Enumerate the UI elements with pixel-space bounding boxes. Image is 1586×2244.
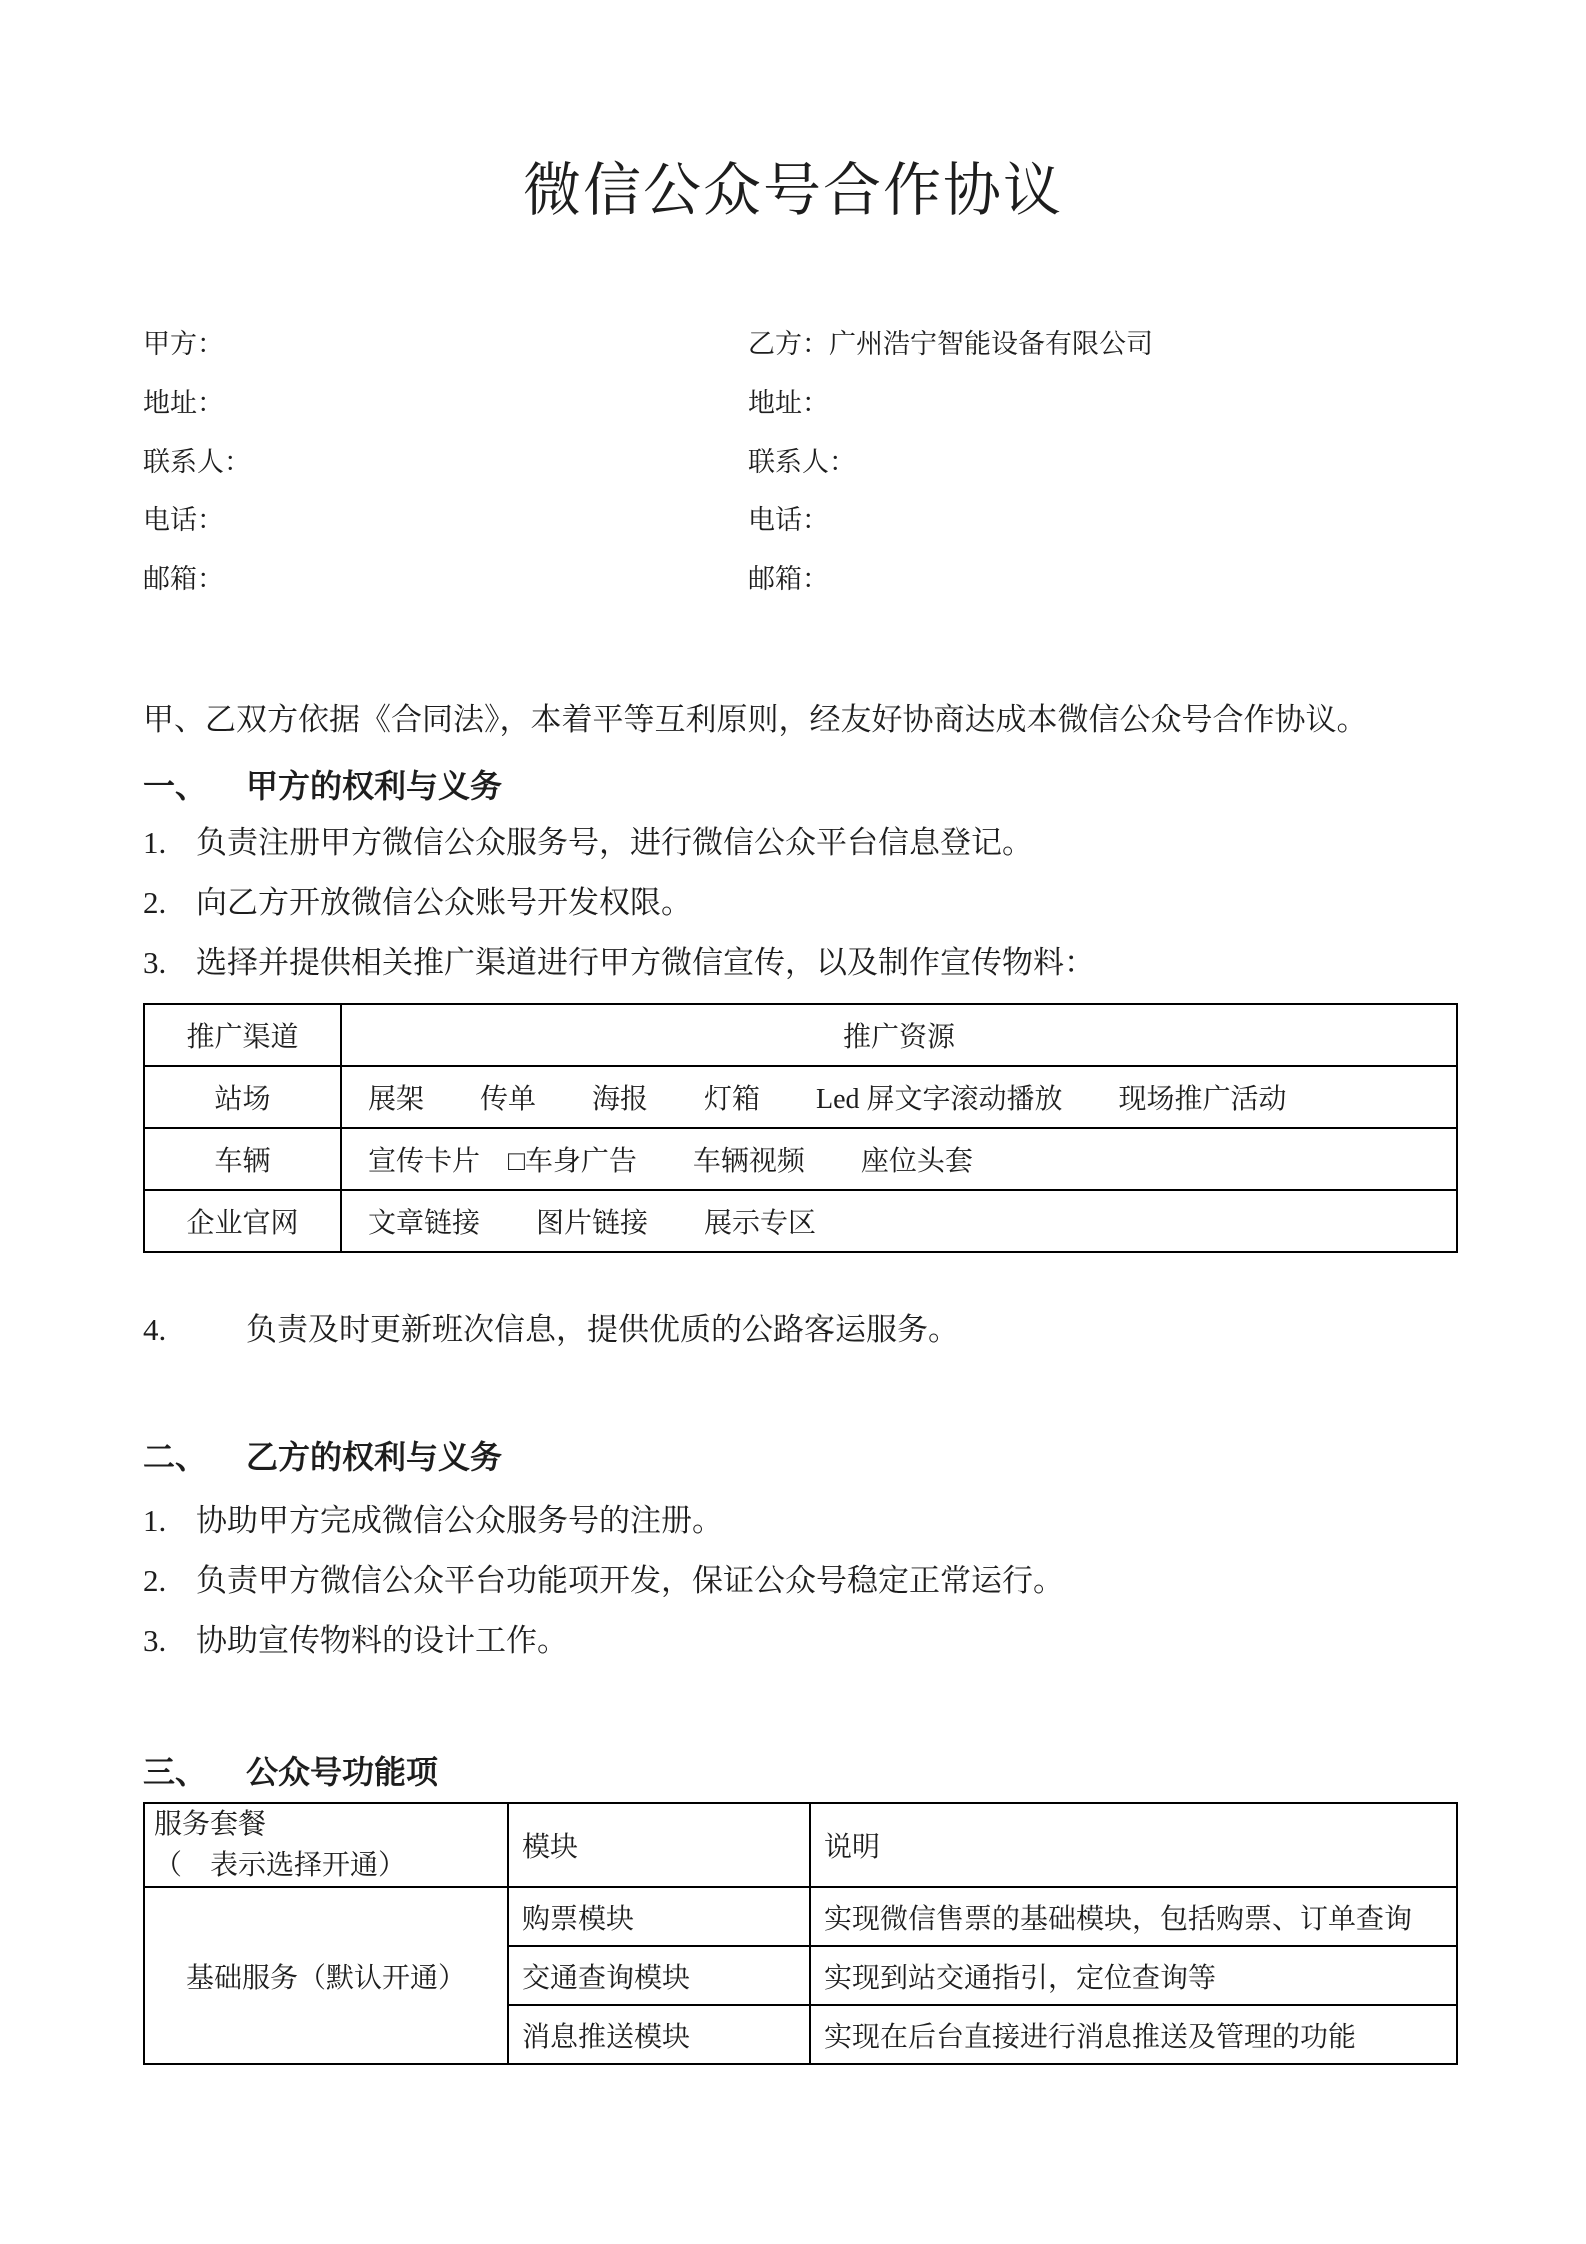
item-text: 向乙方开放微信公众账号开发权限。 — [196, 883, 692, 943]
promotion-channel-table: 推广渠道 推广资源 站场 展架 传单 海报 灯箱 Led 屏文字滚动播放 现场推… — [143, 1003, 1458, 1253]
cell-service-group: 基础服务（默认开通） — [144, 1887, 508, 2064]
list-item: 2. 负责甲方微信公众平台功能项开发，保证公众号稳定正常运行。 — [143, 1561, 1458, 1621]
party-b-address-label: 地址： — [748, 385, 1468, 444]
page-title: 微信公众号合作协议 — [0, 155, 1586, 227]
contract-document-page: 微信公众号合作协议 甲方： 地址： 联系人： 电话： 邮箱： 乙方：广州浩宁智能… — [0, 0, 1586, 2244]
party-a-email-label: 邮箱： — [143, 561, 763, 620]
cell-desc: 实现在后台直接进行消息推送及管理的功能 — [810, 2005, 1457, 2064]
intro-paragraph: 甲、乙双方依据《合同法》，本着平等互利原则，经友好协商达成本微信公众号合作协议。 — [143, 700, 1458, 740]
section-c-number: 三、 — [143, 1752, 246, 1792]
section-b-number: 二、 — [143, 1437, 246, 1477]
party-a-info: 甲方： 地址： 联系人： 电话： 邮箱： — [143, 326, 763, 620]
header-cell-resource: 推广资源 — [341, 1004, 1457, 1066]
item-text: 负责甲方微信公众平台功能项开发，保证公众号稳定正常运行。 — [196, 1561, 1064, 1621]
item-text: 选择并提供相关推广渠道进行甲方微信宣传，以及制作宣传物料： — [196, 943, 1095, 1003]
item-number: 3. — [143, 943, 196, 1003]
cell-module: 购票模块 — [508, 1887, 810, 1946]
section-a-number: 一、 — [143, 766, 246, 806]
package-header-line2: （ 表示选择开通） — [154, 1845, 507, 1886]
list-item: 2. 向乙方开放微信公众账号开发权限。 — [143, 883, 1458, 943]
cell-channel: 企业官网 — [144, 1190, 341, 1252]
item-text: 协助甲方完成微信公众服务号的注册。 — [196, 1501, 723, 1561]
header-cell-channel: 推广渠道 — [144, 1004, 341, 1066]
party-b-email-label: 邮箱： — [748, 561, 1468, 620]
cell-desc: 实现微信售票的基础模块，包括购票、订单查询 — [810, 1887, 1457, 1946]
party-b-name-value: 乙方：广州浩宁智能设备有限公司 — [748, 326, 1468, 385]
header-cell-module: 模块 — [508, 1803, 810, 1887]
party-a-phone-label: 电话： — [143, 502, 763, 561]
section-a-items: 1. 负责注册甲方微信公众服务号，进行微信公众平台信息登记。 2. 向乙方开放微… — [143, 823, 1458, 1003]
cell-resource: 文章链接 图片链接 展示专区 — [341, 1190, 1457, 1252]
cell-module: 消息推送模块 — [508, 2005, 810, 2064]
table-header-row: 推广渠道 推广资源 — [144, 1004, 1457, 1066]
table-header-row: 服务套餐 （ 表示选择开通） 模块 说明 — [144, 1803, 1457, 1887]
item-text: 负责及时更新班次信息，提供优质的公路客运服务。 — [246, 1310, 959, 1350]
cell-channel: 站场 — [144, 1066, 341, 1128]
party-b-contact-label: 联系人： — [748, 444, 1468, 503]
item-number: 4. — [143, 1310, 246, 1350]
section-b-heading: 二、 乙方的权利与义务 — [143, 1437, 1458, 1477]
item-number: 2. — [143, 1561, 196, 1621]
item-number: 1. — [143, 823, 196, 883]
list-item: 1. 负责注册甲方微信公众服务号，进行微信公众平台信息登记。 — [143, 823, 1458, 883]
party-a-address-label: 地址： — [143, 385, 763, 444]
package-header-line1: 服务套餐 — [154, 1804, 507, 1845]
table-row: 企业官网 文章链接 图片链接 展示专区 — [144, 1190, 1457, 1252]
party-a-contact-label: 联系人： — [143, 444, 763, 503]
item-text: 负责注册甲方微信公众服务号，进行微信公众平台信息登记。 — [196, 823, 1033, 883]
section-c-title: 公众号功能项 — [246, 1752, 438, 1792]
list-item: 3. 选择并提供相关推广渠道进行甲方微信宣传，以及制作宣传物料： — [143, 943, 1458, 1003]
party-b-phone-label: 电话： — [748, 502, 1468, 561]
table-row: 站场 展架 传单 海报 灯箱 Led 屏文字滚动播放 现场推广活动 — [144, 1066, 1457, 1128]
list-item: 1. 协助甲方完成微信公众服务号的注册。 — [143, 1501, 1458, 1561]
item-number: 3. — [143, 1621, 196, 1681]
item-number: 1. — [143, 1501, 196, 1561]
cell-module: 交通查询模块 — [508, 1946, 810, 2005]
cell-channel: 车辆 — [144, 1128, 341, 1190]
section-a-item-4: 4. 负责及时更新班次信息，提供优质的公路客运服务。 — [143, 1310, 1458, 1350]
header-cell-desc: 说明 — [810, 1803, 1457, 1887]
item-number: 2. — [143, 883, 196, 943]
header-cell-package: 服务套餐 （ 表示选择开通） — [144, 1803, 508, 1887]
party-a-name-label: 甲方： — [143, 326, 763, 385]
cell-resource: 展架 传单 海报 灯箱 Led 屏文字滚动播放 现场推广活动 — [341, 1066, 1457, 1128]
feature-module-table: 服务套餐 （ 表示选择开通） 模块 说明 基础服务（默认开通） 购票模块 实现微… — [143, 1802, 1458, 2065]
cell-desc: 实现到站交通指引，定位查询等 — [810, 1946, 1457, 2005]
section-c-heading: 三、 公众号功能项 — [143, 1752, 1458, 1792]
cell-resource: 宣传卡片 □车身广告 车辆视频 座位头套 — [341, 1128, 1457, 1190]
section-b-items: 1. 协助甲方完成微信公众服务号的注册。 2. 负责甲方微信公众平台功能项开发，… — [143, 1501, 1458, 1681]
section-a-title: 甲方的权利与义务 — [246, 766, 502, 806]
table-row: 基础服务（默认开通） 购票模块 实现微信售票的基础模块，包括购票、订单查询 — [144, 1887, 1457, 1946]
item-text: 协助宣传物料的设计工作。 — [196, 1621, 568, 1681]
list-item: 3. 协助宣传物料的设计工作。 — [143, 1621, 1458, 1681]
section-a-heading: 一、 甲方的权利与义务 — [143, 766, 1458, 806]
table-row: 车辆 宣传卡片 □车身广告 车辆视频 座位头套 — [144, 1128, 1457, 1190]
party-b-info: 乙方：广州浩宁智能设备有限公司 地址： 联系人： 电话： 邮箱： — [748, 326, 1468, 620]
section-b-title: 乙方的权利与义务 — [246, 1437, 502, 1477]
